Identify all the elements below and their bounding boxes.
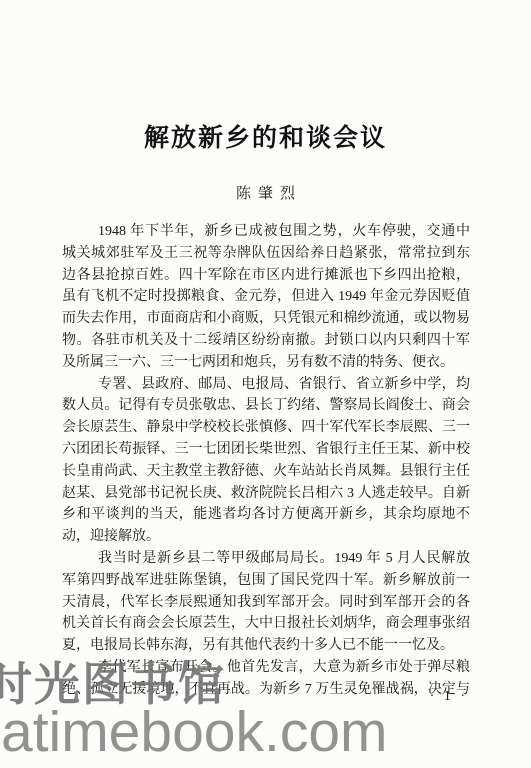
body-line: 我当时是新乡县二等甲级邮局局长。1949 年 5 月人民解放: [62, 548, 470, 570]
body-line: 专署、县政府、邮局、电报局、省银行、省立新乡中学，均留有少: [62, 374, 470, 396]
body-line: 赵某、县党部书记祝长庚、救济院院长吕相六 3 人逃走较早。自新: [62, 483, 470, 505]
body-line: 六团团长苟振铎、三一七团团长柴世烈、省银行主任王某、新中校: [62, 439, 470, 461]
body-line: 机关首长有商会会长原芸生，大中日报社长刘炳华，商会理事张绍: [62, 613, 470, 635]
body-line: 虽有飞机不定时投掷粮食、金元券，但进入 1949 年金元券因贬值: [62, 286, 470, 308]
body-line: 物。各驻市机关及十二绥靖区纷纷南撤。封锁口以内只剩四十军: [62, 330, 470, 352]
author-name: 陈肇烈: [0, 182, 531, 203]
body-line: 长皇甫尚武、天主教堂主教舒德、火车站站长肖凤舞。县银行主任: [62, 461, 470, 483]
book-page: 解放新乡的和谈会议 陈肇烈 1948 年下半年，新乡已成被包围之势，火车停驶，交…: [0, 0, 531, 768]
body-line: 数人员。记得有专员张敬忠、县长丁约绪、警察局长阎俊士、商会: [62, 395, 470, 417]
body-line: 乡和平谈判的当天，能逃者均各讨方便离开新乡，其余均原地不: [62, 504, 470, 526]
body-line: 边各县抢掠百姓。四十军除在市区内进行摊派也下乡四出抢粮，: [62, 265, 470, 287]
body-line: 及所属三一六、三一七两团和炮兵，另有数不清的特务、便衣。: [62, 352, 470, 374]
body-line: 城关城郊驻军及王三祝等杂牌队伍因给养日趋紧张，常常拉到东: [62, 243, 470, 265]
watermark-site-text: atimebook.com: [1, 699, 388, 765]
body-line: 动，迎接解放。: [62, 526, 470, 548]
body-line: 会长原芸生、静泉中学校校长张慎修、四十军代军长李辰熙、三一: [62, 417, 470, 439]
body-text: 1948 年下半年，新乡已成被包围之势，火车停驶，交通中断。城关城郊驻军及王三祝…: [62, 221, 470, 701]
body-line: 军第四野战军进驻陈堡镇，包围了国民党四十军。新乡解放前一: [62, 570, 470, 592]
body-line: 天清晨，代军长李辰熙通知我到军部开会。同时到军部开会的各: [62, 592, 470, 614]
body-line: 而失去作用，市面商店和小商贩，只凭银元和棉纱流通，或以物易: [62, 308, 470, 330]
body-line: 1948 年下半年，新乡已成被包围之势，火车停驶，交通中断。: [62, 221, 470, 243]
page-title: 解放新乡的和谈会议: [0, 118, 531, 154]
